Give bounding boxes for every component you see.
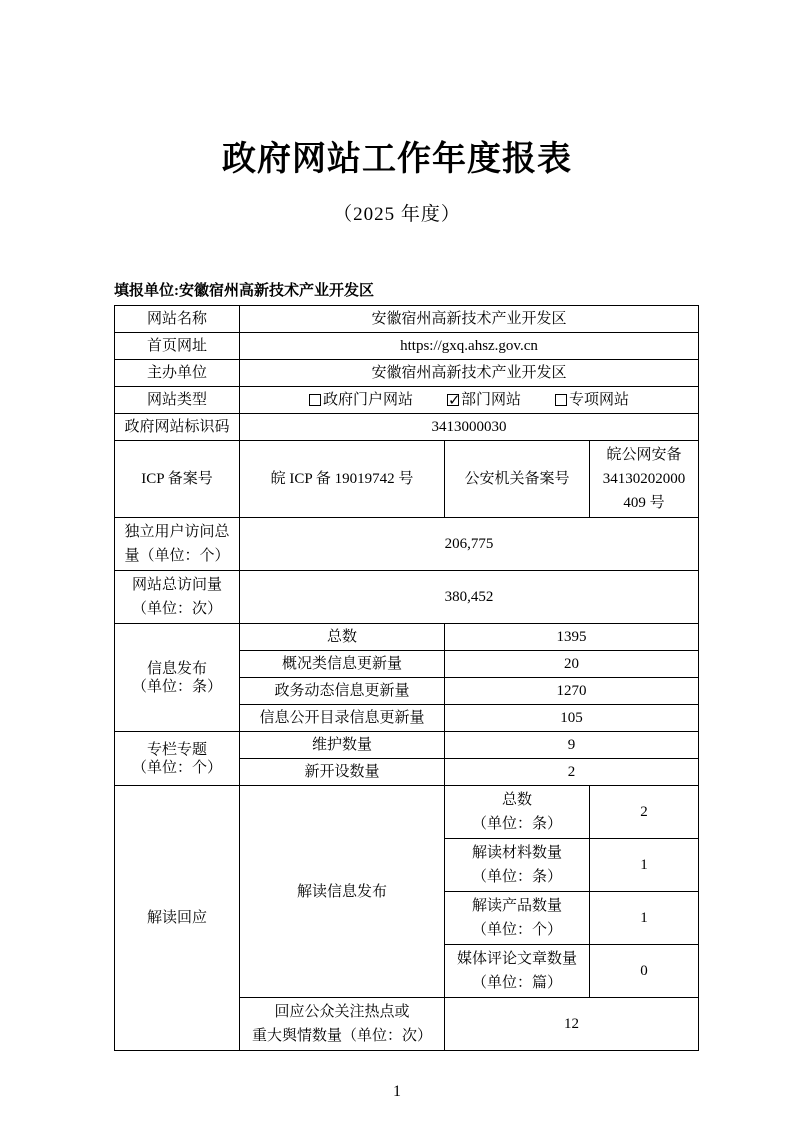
home-url-label: 首页网址 [115, 333, 240, 360]
unique-visitors-value: 206,775 [240, 518, 699, 571]
interpretation-row-label: 总数 （单位：条） [445, 786, 590, 839]
table-row: 信息发布 （单位：条） 总数 1395 [115, 624, 699, 651]
info-publish-row-value: 20 [445, 651, 699, 678]
report-table: 网站名称 安徽宿州高新技术产业开发区 首页网址 https://gxq.ahsz… [114, 305, 699, 1051]
interpretation-publish-label: 解读信息发布 [240, 786, 445, 998]
report-page: 政府网站工作年度报表 （2025 年度） 填报单位:安徽宿州高新技术产业开发区 … [0, 0, 794, 1101]
site-code-label: 政府网站标识码 [115, 414, 240, 441]
site-type-option-special: 专项网站 [555, 391, 629, 409]
info-publish-row-label: 总数 [240, 624, 445, 651]
interpretation-label: 解读回应 [115, 786, 240, 1051]
total-visits-label: 网站总访问量 （单位：次） [115, 571, 240, 624]
info-publish-label: 信息发布 （单位：条） [115, 624, 240, 732]
site-name-value: 安徽宿州高新技术产业开发区 [240, 306, 699, 333]
site-type-option-label: 部门网站 [461, 391, 521, 409]
table-row: 独立用户访问总量（单位：个） 206,775 [115, 518, 699, 571]
report-unit-line: 填报单位:安徽宿州高新技术产业开发区 [114, 279, 794, 300]
table-row: 政府网站标识码 3413000030 [115, 414, 699, 441]
site-code-value: 3413000030 [240, 414, 699, 441]
interpretation-row-label: 解读产品数量 （单位：个） [445, 892, 590, 945]
interpretation-row-value: 0 [590, 945, 699, 998]
info-publish-row-value: 1395 [445, 624, 699, 651]
info-publish-row-value: 105 [445, 705, 699, 732]
icp-label: ICP 备案号 [115, 441, 240, 518]
site-type-option-department: 部门网站 [447, 391, 521, 409]
interpretation-row-label: 解读材料数量 （单位：条） [445, 839, 590, 892]
table-row: 网站总访问量 （单位：次） 380,452 [115, 571, 699, 624]
site-type-option-label: 政府门户网站 [323, 391, 413, 409]
report-unit-label: 填报单位: [114, 283, 179, 299]
site-type-option-label: 专项网站 [569, 391, 629, 409]
interpretation-row-value: 1 [590, 839, 699, 892]
page-title: 政府网站工作年度报表 [0, 141, 794, 178]
response-hotspot-label: 回应公众关注热点或 重大舆情数量（单位：次） [240, 998, 445, 1051]
site-type-option-portal: 政府门户网站 [309, 391, 413, 409]
table-row: 网站名称 安徽宿州高新技术产业开发区 [115, 306, 699, 333]
checkbox-icon[interactable] [309, 394, 321, 406]
sponsor-label: 主办单位 [115, 360, 240, 387]
info-publish-row-label: 概况类信息更新量 [240, 651, 445, 678]
table-row: 主办单位 安徽宿州高新技术产业开发区 [115, 360, 699, 387]
special-topics-row-label: 新开设数量 [240, 759, 445, 786]
checkbox-icon[interactable] [555, 394, 567, 406]
site-type-label: 网站类型 [115, 387, 240, 414]
info-publish-row-label: 政务动态信息更新量 [240, 678, 445, 705]
site-type-options: 政府门户网站 部门网站 专项网站 [240, 387, 699, 414]
interpretation-row-value: 1 [590, 892, 699, 945]
sponsor-value: 安徽宿州高新技术产业开发区 [240, 360, 699, 387]
info-publish-row-value: 1270 [445, 678, 699, 705]
special-topics-row-label: 维护数量 [240, 732, 445, 759]
total-visits-value: 380,452 [240, 571, 699, 624]
table-row: 专栏专题 （单位：个） 维护数量 9 [115, 732, 699, 759]
interpretation-row-label: 媒体评论文章数量 （单位：篇） [445, 945, 590, 998]
response-hotspot-value: 12 [445, 998, 699, 1051]
table-row: ICP 备案号 皖 ICP 备 19019742 号 公安机关备案号 皖公网安备… [115, 441, 699, 518]
report-unit-value: 安徽宿州高新技术产业开发区 [179, 283, 374, 299]
info-publish-row-label: 信息公开目录信息更新量 [240, 705, 445, 732]
special-topics-row-value: 2 [445, 759, 699, 786]
security-record-value: 皖公网安备 34130202000 409 号 [590, 441, 699, 518]
home-url-value: https://gxq.ahsz.gov.cn [240, 333, 699, 360]
page-number: 1 [0, 1083, 794, 1101]
page-subtitle: （2025 年度） [0, 199, 794, 226]
interpretation-row-value: 2 [590, 786, 699, 839]
special-topics-label: 专栏专题 （单位：个） [115, 732, 240, 786]
security-record-label: 公安机关备案号 [445, 441, 590, 518]
table-row: 首页网址 https://gxq.ahsz.gov.cn [115, 333, 699, 360]
unique-visitors-label: 独立用户访问总量（单位：个） [115, 518, 240, 571]
table-row: 网站类型 政府门户网站 部门网站 专项网站 [115, 387, 699, 414]
table-row: 解读回应 解读信息发布 总数 （单位：条） 2 [115, 786, 699, 839]
site-name-label: 网站名称 [115, 306, 240, 333]
special-topics-row-value: 9 [445, 732, 699, 759]
icp-value: 皖 ICP 备 19019742 号 [240, 441, 445, 518]
checkbox-checked-icon[interactable] [447, 394, 459, 406]
